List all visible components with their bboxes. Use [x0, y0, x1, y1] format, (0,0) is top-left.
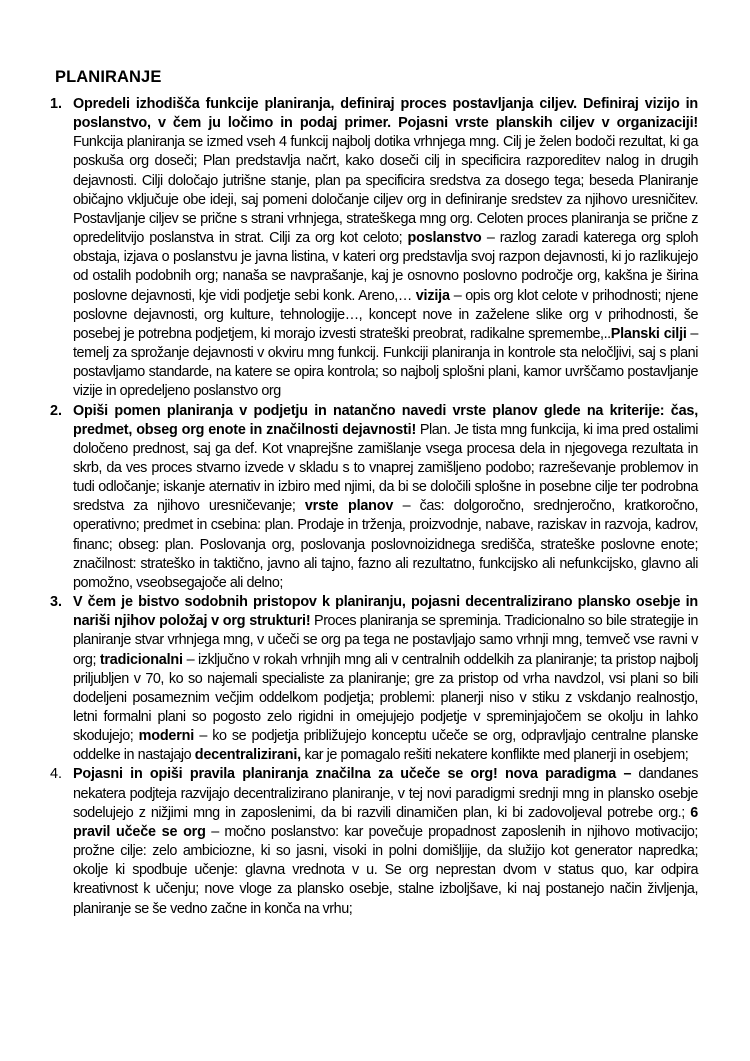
item-body: Pojasni in opiši pravila planiranja znač… — [73, 765, 698, 918]
item-body: Opredeli izhodišča funkcije planiranja, … — [73, 95, 698, 402]
answer-term: poslanstvo — [408, 230, 482, 246]
answer-text: kar je pomagalo rešiti nekatere konflikt… — [301, 747, 688, 763]
answer-term: decentralizirani, — [195, 747, 301, 763]
answer-term: Planski cilji — [611, 326, 687, 342]
answer-term: vizija — [416, 288, 450, 304]
question-text: Opredeli izhodišča funkcije planiranja, … — [73, 96, 698, 131]
document-title: PLANIRANJE — [55, 68, 161, 87]
question-list: 1. Opredeli izhodišča funkcije planiranj… — [50, 95, 698, 919]
list-item: 2. Opiši pomen planiranja v podjetju in … — [50, 402, 698, 594]
item-body: V čem je bistvo sodobnih pristopov k pla… — [73, 593, 698, 765]
list-item: 4. Pojasni in opiši pravila planiranja z… — [50, 765, 698, 918]
list-item: 3. V čem je bistvo sodobnih pristopov k … — [50, 593, 698, 765]
item-body: Opiši pomen planiranja v podjetju in nat… — [73, 402, 698, 594]
question-text: Pojasni in opiši pravila planiranja znač… — [73, 766, 631, 782]
item-number: 4. — [50, 765, 62, 784]
list-item: 1. Opredeli izhodišča funkcije planiranj… — [50, 95, 698, 402]
item-number: 3. — [50, 593, 62, 612]
item-number: 1. — [50, 95, 62, 114]
answer-term: tradicionalni — [100, 652, 183, 668]
answer-term: moderni — [139, 728, 194, 744]
document-page: PLANIRANJE 1. Opredeli izhodišča funkcij… — [0, 0, 750, 1061]
answer-term: vrste planov — [305, 498, 393, 514]
item-number: 2. — [50, 402, 62, 421]
